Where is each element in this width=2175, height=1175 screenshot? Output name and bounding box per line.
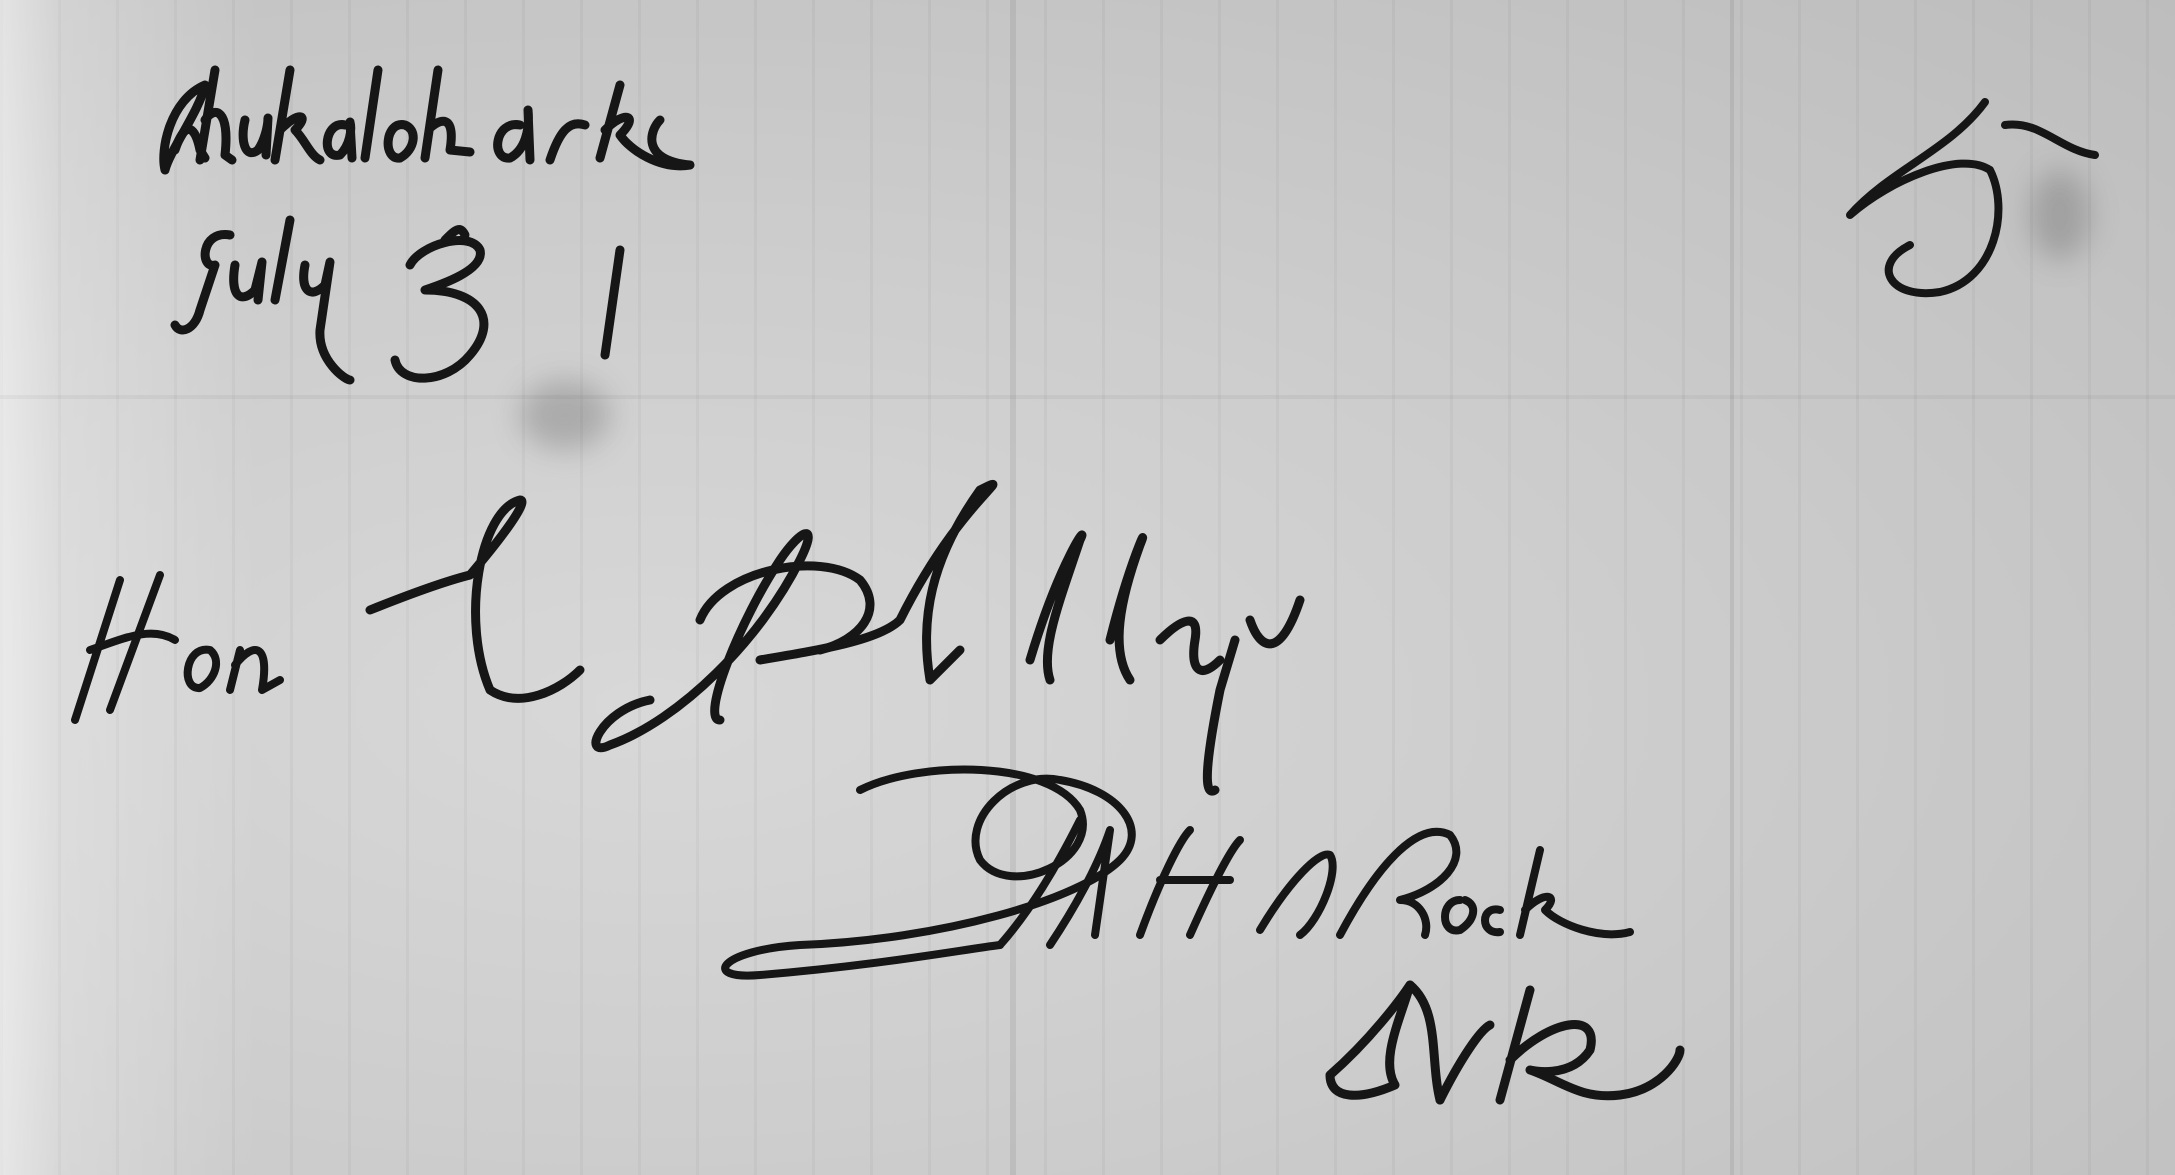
rate-marking: 5 — [1850, 110, 1958, 308]
address-name: C. Ashley — [450, 500, 1205, 687]
address-state: Ark — [1330, 980, 1547, 1119]
address-honorific: Hon — [70, 600, 261, 705]
origin-line: Chukaloh Arks — [160, 70, 757, 163]
scanned-document: Chukaloh Arks July 31 5 Hon C. Ashley Li… — [0, 0, 2175, 1175]
address-city: Little Rock — [720, 800, 1440, 952]
date-line: July 31 — [170, 220, 522, 337]
